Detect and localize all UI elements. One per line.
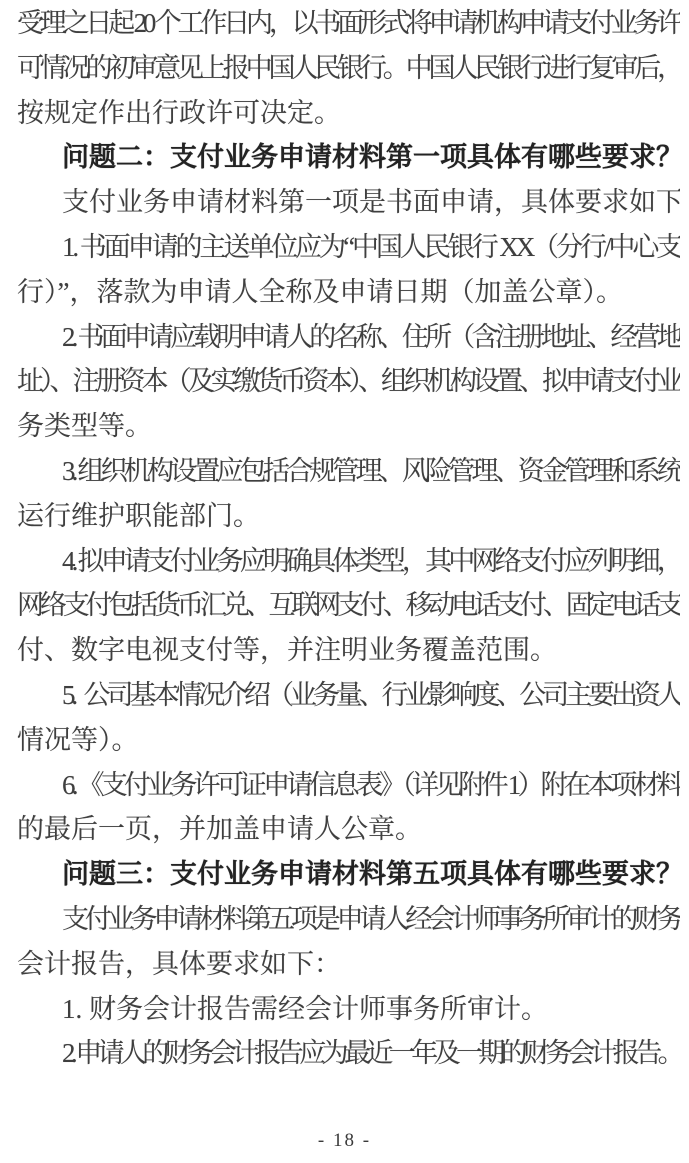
heading-line: 问题二：支付业务申请材料第一项具体有哪些要求？ <box>17 135 680 180</box>
text-line: 行）”，落款为申请人全称及申请日期（加盖公章）。 <box>17 270 680 315</box>
text-line: 可情况的初审意见上报中国人民银行。中国人民银行进行复审后， <box>17 46 680 91</box>
text-line: 2. 书面申请应载明申请人的名称、住所（含注册地址、经营地 <box>17 315 680 360</box>
text-line: 支付业务申请材料第一项是书面申请，具体要求如下： <box>17 180 680 225</box>
text-line: 受理之日起 20 个工作日内，以书面形式将申请机构申请支付业务许 <box>17 1 680 46</box>
text-line: 支付业务申请材料第五项是申请人经会计师事务所审计的财务 <box>17 897 680 942</box>
heading-line: 问题三：支付业务申请材料第五项具体有哪些要求？ <box>17 852 680 897</box>
text-line: 3. 组织机构设置应包括合规管理、风险管理、资金管理和系统 <box>17 449 680 494</box>
text-line: 运行维护职能部门。 <box>17 494 680 539</box>
page-footer: - 18 - <box>0 1130 689 1152</box>
text-line: 4. 拟申请支付业务应明确具体类型，其中网络支付应列明细， <box>17 539 680 584</box>
text-line: 网络支付包括货币汇兑、互联网支付、移动电话支付、固定电话支 <box>17 583 680 628</box>
text-line: 务类型等。 <box>17 404 680 449</box>
document-body: 受理之日起 20 个工作日内，以书面形式将申请机构申请支付业务许可情况的初审意见… <box>17 1 680 1076</box>
text-line: 会计报告，具体要求如下： <box>17 942 680 987</box>
document-page: 受理之日起 20 个工作日内，以书面形式将申请机构申请支付业务许可情况的初审意见… <box>0 0 689 1163</box>
text-line: 2. 申请人的财务会计报告应为最近一年及一期的财务会计报告。 <box>17 1031 680 1076</box>
text-line: 6. 《支付业务许可证申请信息表》（详见附件 1）附在本项材料 <box>17 763 680 808</box>
text-line: 1. 书面申请的主送单位应为“中国人民银行 XX（分行/中心支 <box>17 225 680 270</box>
text-line: 情况等）。 <box>17 718 680 763</box>
text-line: 付、数字电视支付等，并注明业务覆盖范围。 <box>17 628 680 673</box>
text-line: 1. 财务会计报告需经会计师事务所审计。 <box>17 987 680 1032</box>
text-line: 5. 公司基本情况介绍（业务量、行业影响度、公司主要出资人 <box>17 673 680 718</box>
text-line: 的最后一页，并加盖申请人公章。 <box>17 807 680 852</box>
page-number: - 18 - <box>318 1130 371 1151</box>
text-line: 按规定作出行政许可决定。 <box>17 91 680 136</box>
text-line: 址）、注册资本（及实缴货币资本）、组织机构设置、拟申请支付业 <box>17 359 680 404</box>
